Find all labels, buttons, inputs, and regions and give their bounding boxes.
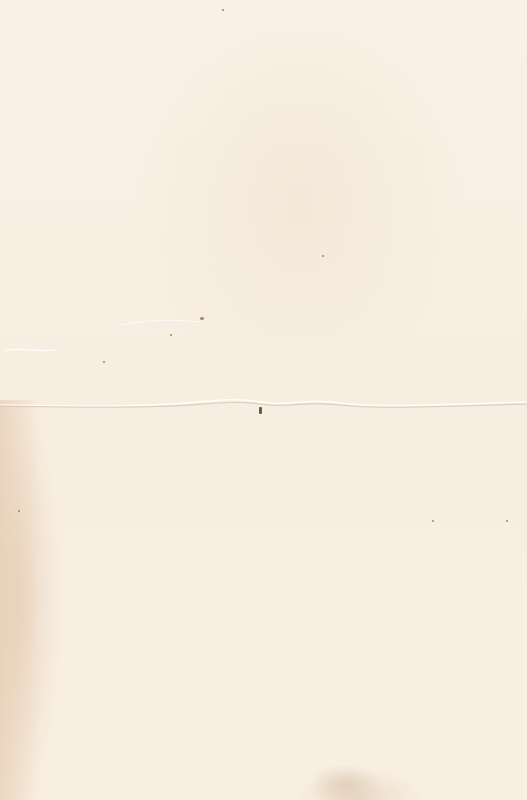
speck [432,520,434,522]
speck [18,510,20,512]
edge-stain [0,400,40,800]
blank-paper-page [0,0,527,800]
speck [259,407,262,414]
speck [170,334,172,336]
speck [506,520,508,522]
minor-crease [0,310,527,360]
speck [322,255,324,257]
speck [103,361,105,363]
bottom-smudge [310,765,380,800]
fold-crease [0,398,527,412]
speck [222,9,224,11]
speck [200,317,204,320]
